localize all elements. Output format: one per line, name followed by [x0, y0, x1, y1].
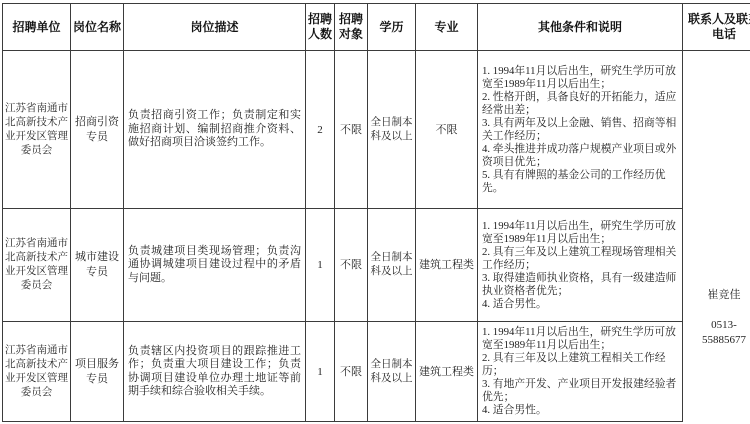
cell-conditions: 1. 1994年11月以后出生，研究生学历可放宽至1989年11月以后出生； 2…: [478, 209, 683, 322]
contact-name: 崔竞佳: [685, 288, 750, 303]
header-row: 招聘单位 岗位名称 岗位描述 招聘人数 招聘对象 学历 专业 其他条件和说明 联…: [3, 4, 750, 51]
header-count: 招聘人数: [306, 4, 335, 51]
cell-education: 全日制本科及以上: [368, 209, 416, 322]
cell-major: 建筑工程类: [416, 209, 478, 322]
recruitment-table: 招聘单位 岗位名称 岗位描述 招聘人数 招聘对象 学历 专业 其他条件和说明 联…: [2, 3, 750, 422]
header-unit: 招聘单位: [3, 4, 71, 51]
header-target: 招聘对象: [335, 4, 368, 51]
cell-unit: 江苏省南通市北高新技术产业开发区管理委员会: [3, 209, 71, 322]
table-row: 江苏省南通市北高新技术产业开发区管理委员会 招商引资专员 负责招商引资工作；负责…: [3, 51, 750, 209]
cell-position: 招商引资专员: [71, 51, 124, 209]
header-position: 岗位名称: [71, 4, 124, 51]
cell-target: 不限: [335, 209, 368, 322]
cell-education: 全日制本科及以上: [368, 322, 416, 422]
cell-description: 负责辖区内投资项目的跟踪推进工作；负责重大项目建设工作；负责协调项目建设单位办理…: [124, 322, 306, 422]
table-row: 江苏省南通市北高新技术产业开发区管理委员会 项目服务专员 负责辖区内投资项目的跟…: [3, 322, 750, 422]
cell-position: 城市建设专员: [71, 209, 124, 322]
cell-position: 项目服务专员: [71, 322, 124, 422]
cell-description: 负责城建项目类现场管理；负责沟通协调城建项目建设过程中的矛盾与问题。: [124, 209, 306, 322]
header-major: 专业: [416, 4, 478, 51]
cell-contact: 崔竞佳 0513- 55885677: [683, 51, 750, 422]
header-description: 岗位描述: [124, 4, 306, 51]
cell-unit: 江苏省南通市北高新技术产业开发区管理委员会: [3, 51, 71, 209]
contact-phone: 0513- 55885677: [685, 318, 750, 348]
cell-count: 1: [306, 322, 335, 422]
cell-description: 负责招商引资工作；负责制定和实施招商计划、编制招商推介资料、做好招商项目洽谈签约…: [124, 51, 306, 209]
header-conditions: 其他条件和说明: [478, 4, 683, 51]
header-contact: 联系人及联系电话: [683, 4, 750, 51]
cell-target: 不限: [335, 322, 368, 422]
cell-unit: 江苏省南通市北高新技术产业开发区管理委员会: [3, 322, 71, 422]
cell-major: 建筑工程类: [416, 322, 478, 422]
header-education: 学历: [368, 4, 416, 51]
cell-major: 不限: [416, 51, 478, 209]
cell-conditions: 1. 1994年11月以后出生，研究生学历可放宽至1989年11月以后出生； 2…: [478, 51, 683, 209]
cell-conditions: 1. 1994年11月以后出生，研究生学历可放宽至1989年11月以后出生； 2…: [478, 322, 683, 422]
cell-count: 2: [306, 51, 335, 209]
cell-count: 1: [306, 209, 335, 322]
cell-target: 不限: [335, 51, 368, 209]
table-row: 江苏省南通市北高新技术产业开发区管理委员会 城市建设专员 负责城建项目类现场管理…: [3, 209, 750, 322]
cell-education: 全日制本科及以上: [368, 51, 416, 209]
